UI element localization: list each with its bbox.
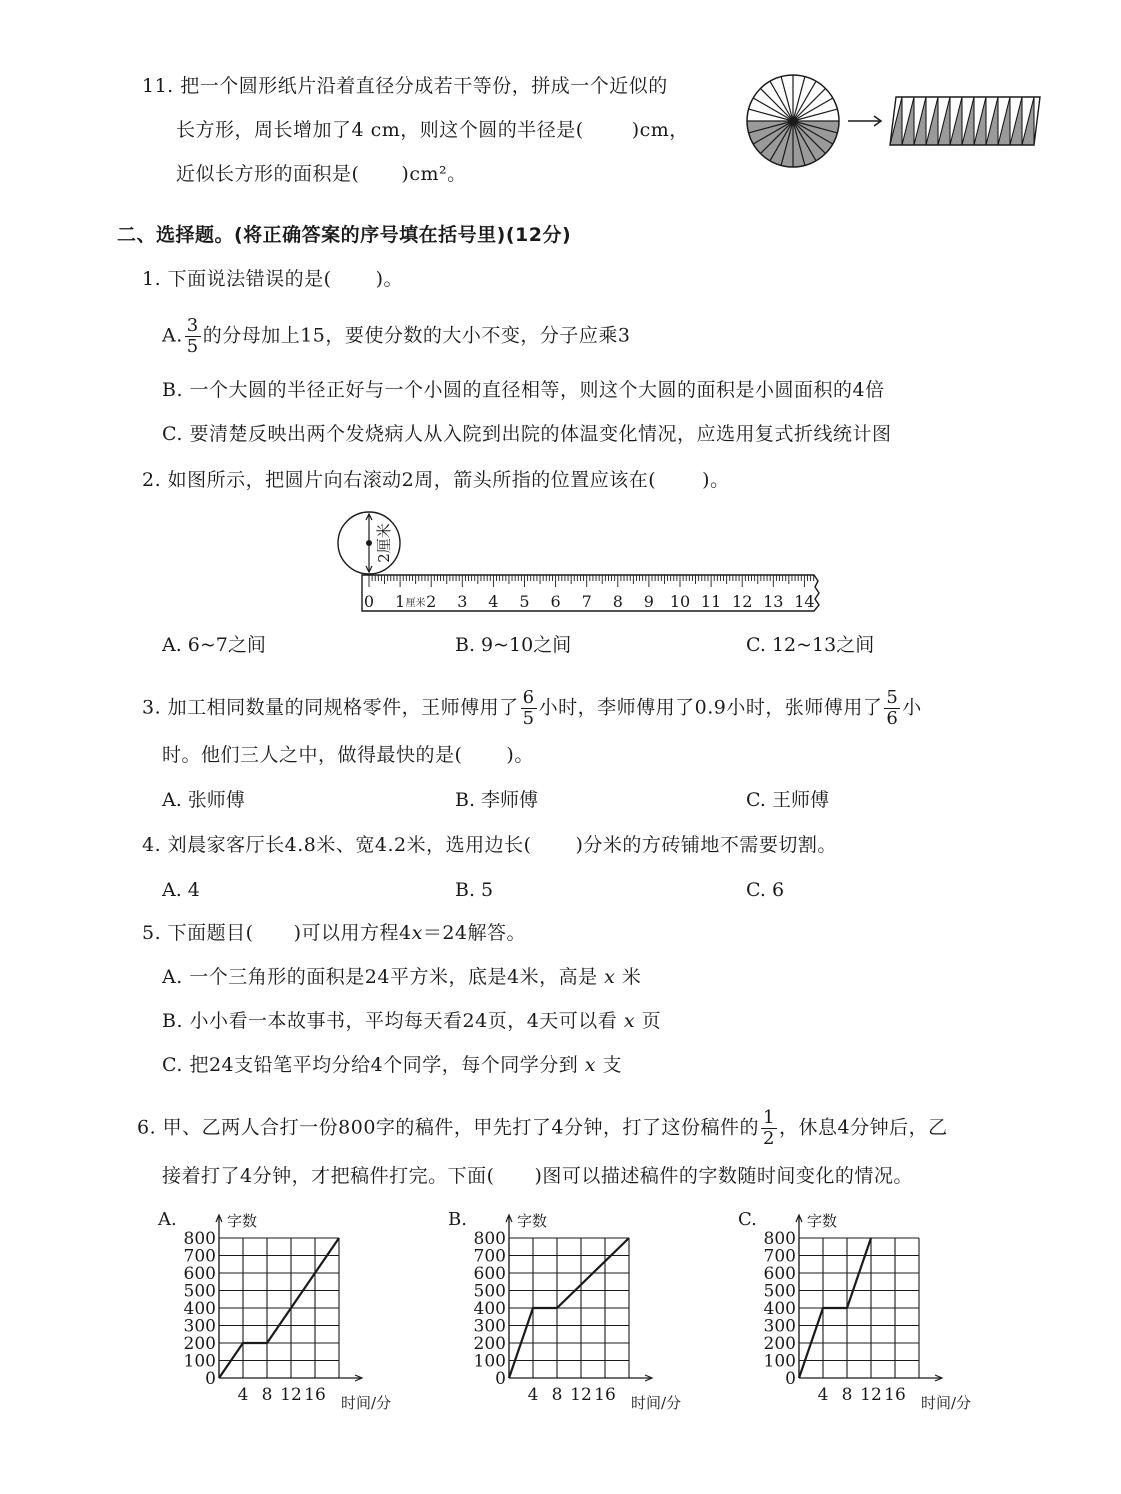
svg-text:600: 600 [184, 1264, 216, 1284]
q5-stem: 5. 下面题目()可以用方程4x＝24解答。 [142, 920, 526, 946]
q4-option-a: A. 4 [162, 877, 200, 903]
svg-text:200: 200 [474, 1334, 506, 1354]
svg-text:字数: 字数 [517, 1212, 547, 1230]
q4-option-b: B. 5 [455, 877, 493, 903]
svg-text:字数: 字数 [227, 1212, 257, 1230]
q3-text: 小时，李师傅用了0.9小时，张师傅用了 [539, 697, 883, 719]
svg-text:16: 16 [594, 1385, 616, 1405]
q5-option-c: C. 把24支铅笔平均分给4个同学，每个同学分到 x 支 [162, 1052, 622, 1078]
option-text: C. 把24支铅笔平均分给4个同学，每个同学分到 [162, 1054, 578, 1076]
frac-den: 5 [521, 709, 537, 729]
svg-text:字数: 字数 [807, 1212, 837, 1230]
svg-text:500: 500 [474, 1282, 506, 1302]
svg-text:300: 300 [184, 1317, 216, 1337]
svg-text:时间/分: 时间/分 [921, 1394, 971, 1412]
q2-text: )。 [702, 469, 729, 491]
q1-option-c: C. 要清楚反映出两个发烧病人从入院到出院的体温变化情况，应选用复式折线统计图 [162, 421, 891, 447]
chart-option-c: C.0100200300400500600700800481216字数时间/分 [730, 1200, 1030, 1420]
q6-text: ，休息4分钟后，乙 [779, 1117, 948, 1139]
svg-text:3: 3 [457, 592, 467, 611]
section-heading: 二、选择题。(将正确答案的序号填在括号里)(12分) [117, 222, 571, 248]
svg-text:16: 16 [304, 1385, 326, 1405]
svg-text:4: 4 [238, 1385, 249, 1405]
q3-text: 时。他们三人之中，做得最快的是( [162, 744, 462, 766]
svg-text:厘米: 厘米 [406, 596, 426, 609]
q2-option-c: C. 12~13之间 [746, 632, 874, 658]
svg-text:5: 5 [519, 592, 529, 611]
q1-text: )。 [376, 268, 403, 290]
svg-text:200: 200 [184, 1334, 216, 1354]
q2-option-a: A. 6~7之间 [162, 632, 266, 658]
svg-text:8: 8 [613, 592, 623, 611]
svg-text:500: 500 [764, 1282, 796, 1302]
option-text: 支 [603, 1054, 623, 1076]
q3-option-a: A. 张师傅 [162, 787, 245, 813]
q4-text: )分米的方砖铺地不需要切割。 [576, 834, 837, 856]
q5-text: )可以用方程4 [294, 922, 412, 944]
option-text: B. 小小看一本故事书，平均每天看24页，4天可以看 [162, 1010, 617, 1032]
frac-num: 6 [521, 688, 537, 709]
q11-text: )cm， [632, 119, 689, 141]
svg-text:800: 800 [764, 1229, 796, 1249]
svg-text:600: 600 [474, 1264, 506, 1284]
svg-text:0: 0 [364, 592, 374, 611]
svg-text:0: 0 [785, 1369, 796, 1389]
svg-text:700: 700 [474, 1247, 506, 1267]
svg-text:8: 8 [262, 1385, 273, 1405]
svg-text:500: 500 [184, 1282, 216, 1302]
svg-text:11: 11 [701, 592, 721, 611]
chart-option-b: B.0100200300400500600700800481216字数时间/分 [440, 1200, 740, 1420]
approx-rectangle-figure [886, 94, 1046, 150]
svg-text:400: 400 [474, 1299, 506, 1319]
q6-stem-line2: 接着打了4分钟，才把稿件打完。下面()图可以描述稿件的字数随时间变化的情况。 [162, 1163, 913, 1189]
frac-den: 5 [185, 337, 201, 357]
svg-text:6: 6 [551, 592, 561, 611]
svg-text:100: 100 [474, 1352, 506, 1372]
svg-text:12: 12 [860, 1385, 882, 1405]
svg-text:200: 200 [764, 1334, 796, 1354]
q4-text: 4. 刘晨家客厅长4.8米、宽4.2米，选用边长( [142, 834, 532, 856]
svg-text:1: 1 [395, 592, 405, 611]
q6-text: 接着打了4分钟，才把稿件打完。下面( [162, 1165, 495, 1187]
option-text: A. 一个三角形的面积是24平方米，底是4米，高是 [162, 966, 598, 988]
svg-text:400: 400 [184, 1299, 216, 1319]
svg-text:700: 700 [184, 1247, 216, 1267]
frac-num: 5 [884, 688, 900, 709]
q5-text: ＝24解答。 [423, 922, 526, 944]
q3-stem-line2: 时。他们三人之中，做得最快的是()。 [162, 742, 534, 768]
option-text: 米 [622, 966, 642, 988]
variable: x [585, 1054, 596, 1076]
svg-text:12: 12 [732, 592, 752, 611]
svg-text:0: 0 [495, 1369, 506, 1389]
q5-option-b: B. 小小看一本故事书，平均每天看24页，4天可以看 x 页 [162, 1008, 661, 1034]
q3-text: 小 [902, 697, 922, 719]
frac-num: 3 [185, 316, 201, 337]
fraction-3-5: 35 [185, 316, 201, 357]
svg-text:10: 10 [670, 592, 690, 611]
q5-text: 5. 下面题目( [142, 922, 254, 944]
svg-text:4: 4 [488, 592, 498, 611]
q6-text: )图可以描述稿件的字数随时间变化的情况。 [535, 1165, 913, 1187]
svg-text:2: 2 [426, 592, 436, 611]
q11-line3: 近似长方形的面积是()cm²。 [176, 161, 467, 187]
q2-text: 2. 如图所示，把圆片向右滚动2周，箭头所指的位置应该在( [142, 469, 656, 491]
svg-text:0: 0 [205, 1369, 216, 1389]
frac-den: 6 [884, 709, 900, 729]
q11-text: 把一个圆形纸片沿着直径分成若干等份，拼成一个近似的 [180, 75, 668, 97]
svg-text:800: 800 [474, 1229, 506, 1249]
fraction-5-6: 56 [884, 688, 900, 729]
q11-text: )cm²。 [401, 163, 466, 185]
q1-text: 1. 下面说法错误的是( [142, 268, 332, 290]
q3-option-c: C. 王师傅 [746, 787, 829, 813]
chart-option-a: A.0100200300400500600700800481216字数时间/分 [150, 1200, 450, 1420]
svg-text:9: 9 [644, 592, 654, 611]
svg-text:700: 700 [764, 1247, 796, 1267]
question-number: 11. [142, 75, 174, 97]
svg-text:100: 100 [764, 1352, 796, 1372]
svg-text:B.: B. [448, 1209, 467, 1230]
frac-den: 2 [761, 1129, 777, 1149]
q1-option-b: B. 一个大圆的半径正好与一个小圆的直径相等，则这个大圆的面积是小圆面积的4倍 [162, 377, 885, 403]
svg-text:14: 14 [794, 592, 814, 611]
q11-text: 近似长方形的面积是( [176, 163, 359, 185]
q3-text: 3. 加工相同数量的同规格零件，王师傅用了 [142, 697, 519, 719]
svg-text:800: 800 [184, 1229, 216, 1249]
svg-text:7: 7 [582, 592, 592, 611]
variable: x [412, 922, 423, 944]
svg-text:300: 300 [474, 1317, 506, 1337]
q6-stem-line1: 6. 甲、乙两人合打一份800字的稿件，甲先打了4分钟，打了这份稿件的12，休息… [137, 1108, 948, 1149]
frac-num: 1 [761, 1108, 777, 1129]
svg-text:12: 12 [280, 1385, 302, 1405]
right-arrow-icon [848, 114, 884, 128]
svg-text:300: 300 [764, 1317, 796, 1337]
svg-text:8: 8 [552, 1385, 563, 1405]
q11-line1: 11. 把一个圆形纸片沿着直径分成若干等份，拼成一个近似的 [142, 73, 668, 99]
q6-text: 6. 甲、乙两人合打一份800字的稿件，甲先打了4分钟，打了这份稿件的 [137, 1117, 759, 1139]
variable: x [624, 1010, 635, 1032]
q1-option-a: A.35的分母加上15，要使分数的大小不变，分子应乘3 [162, 316, 631, 357]
svg-text:时间/分: 时间/分 [341, 1394, 391, 1412]
option-label: A. [162, 325, 183, 347]
svg-text:13: 13 [763, 592, 783, 611]
sectored-circle-figure [740, 68, 850, 178]
svg-text:4: 4 [818, 1385, 829, 1405]
q4-option-c: C. 6 [746, 877, 784, 903]
q2-stem: 2. 如图所示，把圆片向右滚动2周，箭头所指的位置应该在()。 [142, 467, 730, 493]
svg-text:8: 8 [842, 1385, 853, 1405]
q3-text: )。 [506, 744, 533, 766]
variable: x [604, 966, 615, 988]
svg-text:16: 16 [884, 1385, 906, 1405]
svg-text:C.: C. [738, 1209, 757, 1230]
fraction-1-2: 12 [761, 1108, 777, 1149]
q4-stem: 4. 刘晨家客厅长4.8米、宽4.2米，选用边长()分米的方砖铺地不需要切割。 [142, 832, 837, 858]
svg-text:时间/分: 时间/分 [631, 1394, 681, 1412]
fraction-6-5: 65 [521, 688, 537, 729]
q3-stem-line1: 3. 加工相同数量的同规格零件，王师傅用了65小时，李师傅用了0.9小时，张师傅… [142, 688, 922, 729]
svg-text:100: 100 [184, 1352, 216, 1372]
q3-option-b: B. 李师傅 [455, 787, 538, 813]
circle-and-ruler-figure: 2厘米01234567891011121314厘米 [330, 505, 830, 617]
option-text: 的分母加上15，要使分数的大小不变，分子应乘3 [203, 325, 631, 347]
svg-text:A.: A. [157, 1209, 177, 1230]
q11-text: 长方形，周长增加了4 cm，则这个圆的半径是( [176, 119, 584, 141]
svg-text:400: 400 [764, 1299, 796, 1319]
option-text: 页 [642, 1010, 662, 1032]
q11-line2: 长方形，周长增加了4 cm，则这个圆的半径是()cm， [176, 117, 689, 143]
q1-stem: 1. 下面说法错误的是()。 [142, 266, 403, 292]
q5-option-a: A. 一个三角形的面积是24平方米，底是4米，高是 x 米 [162, 964, 641, 990]
svg-text:600: 600 [764, 1264, 796, 1284]
svg-text:2厘米: 2厘米 [375, 523, 393, 563]
q2-option-b: B. 9~10之间 [455, 632, 571, 658]
svg-text:12: 12 [570, 1385, 592, 1405]
svg-text:4: 4 [528, 1385, 539, 1405]
